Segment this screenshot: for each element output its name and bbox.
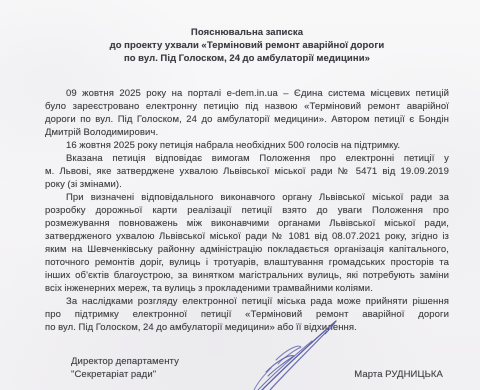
document-title: Пояснювальна записка до проекту ухвали «… <box>45 26 449 65</box>
text-line: про підтримку електронної петиції «Термі… <box>45 308 449 321</box>
signer-department: "Секретаріат ради" <box>71 368 179 381</box>
title-line: по вул. Під Голоском, 24 до амбулаторії … <box>45 52 449 65</box>
signer-name: Марта РУДНИЦЬКА <box>354 368 443 381</box>
text-line: поточного ремонтів доріг, вулиць і троту… <box>45 256 449 269</box>
text-line: 09 жовтня 2025 року на порталі e-dem.in.… <box>45 87 449 100</box>
scanned-document-page: Пояснювальна записка до проекту ухвали «… <box>0 0 480 390</box>
text-line: розробку дорожньої карти реалізації пети… <box>45 204 449 217</box>
paragraph-1: 09 жовтня 2025 року на порталі e-dem.in.… <box>45 87 449 139</box>
paragraph-3: Вказана петиція відповідає вимогам Полож… <box>45 152 449 191</box>
text-line: Вказана петиція відповідає вимогам Полож… <box>45 152 449 165</box>
paragraph-2: 16 жовтня 2025 року петиція набрала необ… <box>45 139 449 152</box>
text-line: затвердженого ухвалою Львівської міської… <box>45 230 449 243</box>
signer-role: Директор департаменту "Секретаріат ради" <box>71 355 179 381</box>
text-line: року (зі змінами). <box>45 178 449 191</box>
text-line: по вул. Під Голоском, 24 до амбулаторії … <box>45 321 449 334</box>
signoff-block: Директор департаменту "Секретаріат ради"… <box>45 355 449 381</box>
text-line: всіх інженерних мереж, та вулиць з прокл… <box>45 282 449 295</box>
title-line: Пояснювальна записка <box>45 26 449 39</box>
text-line: яким на Шевченківську районну адміністра… <box>45 243 449 256</box>
text-line: За наслідками розгляду електронної петиц… <box>45 295 449 308</box>
title-line: до проекту ухвали «Терміновий ремонт ава… <box>45 39 449 52</box>
text-line: було зареєстровано електронну петицію пі… <box>45 100 449 113</box>
text-line: 16 жовтня 2025 року петиція набрала необ… <box>45 139 449 152</box>
text-line: дороги по вул. Під Голоском, 24 до амбул… <box>45 113 449 126</box>
paragraph-5: За наслідками розгляду електронної петиц… <box>45 295 449 334</box>
text-line: Дмитрій Володимирович. <box>45 126 449 139</box>
paragraph-4: При визначені відповідального виконавчог… <box>45 191 449 295</box>
document-body: 09 жовтня 2025 року на порталі e-dem.in.… <box>45 87 449 334</box>
text-line: м. Львові, яке затверджене ухвалою Львів… <box>45 165 449 178</box>
text-line: розмежування повноважень між виконавчими… <box>45 217 449 230</box>
text-line: При визначені відповідального виконавчог… <box>45 191 449 204</box>
text-line: інших об'єктів благоустрою, за винятком … <box>45 269 449 282</box>
signer-position: Директор департаменту <box>71 355 179 368</box>
